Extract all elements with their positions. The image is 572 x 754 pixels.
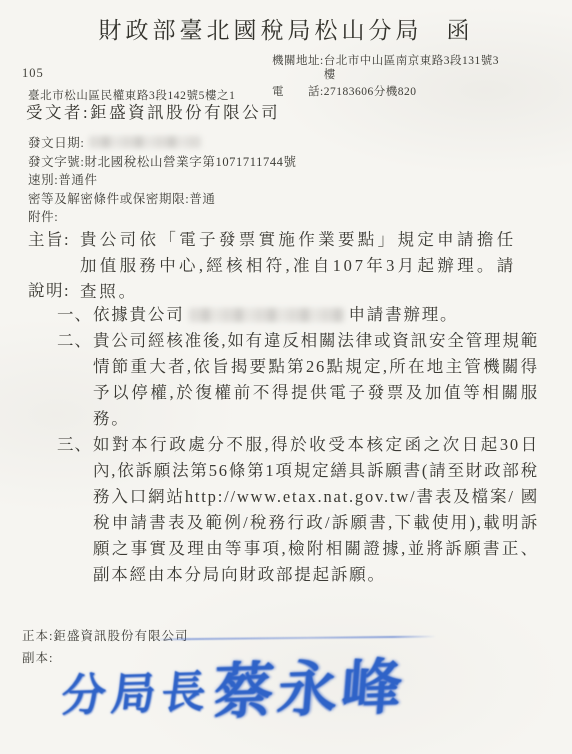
director-title-stamp-text: 分局長 xyxy=(58,656,215,724)
item-2-text: 貴公司經核准後,如有違反相關法律或資訊安全管理規範情節重大者,依旨揭要點第26點… xyxy=(93,328,539,432)
original-copy-value: 鉅盛資訊股份有限公司 xyxy=(53,629,188,643)
doc-number-value: 財北國稅松山營業字第1071711744號 xyxy=(84,155,296,169)
original-copy-line: 正本:鉅盛資訊股份有限公司 xyxy=(22,626,189,644)
director-name-stamp-text: 蔡永峰 xyxy=(211,639,410,731)
item-1-text-post: 申請書辦理。 xyxy=(349,305,459,324)
redacted-issue-date xyxy=(89,136,201,148)
agency-address-row: 機關地址: 台北市中山區南京東路3段131號3樓 xyxy=(272,55,502,82)
meta-row-attachment: 附件: xyxy=(28,208,297,227)
original-copy-label: 正本: xyxy=(22,629,53,643)
agency-contact-block: 機關地址: 台北市中山區南京東路3段131號3樓 電 話: 27183606分機… xyxy=(272,55,502,100)
explanation-item-1: 一、 依據貴公司申請書辦理。 xyxy=(57,302,539,328)
document-type-label: 函 xyxy=(447,18,474,43)
attachment-label: 附件: xyxy=(28,210,58,224)
director-signature-stamp: 分局長蔡永峰 xyxy=(61,639,407,735)
issue-date-label: 發文日期: xyxy=(28,136,84,150)
agency-address-label: 機關地址: xyxy=(272,55,324,82)
duplicate-copy-line: 副本: xyxy=(22,648,53,666)
subject-section: 主旨: 貴公司依「電子發票實施作業要點」規定申請擔任加值服務中心,經核相符,准自… xyxy=(28,227,516,305)
scanned-letter-page: 財政部臺北國稅局松山分局函 機關地址: 台北市中山區南京東路3段131號3樓 電… xyxy=(0,0,572,754)
recipient-line: 受文者:鉅盛資訊股份有限公司 xyxy=(26,99,280,123)
item-2-number: 二、 xyxy=(57,328,93,432)
meta-row-classification: 密等及解密條件或保密期限:普通 xyxy=(28,190,297,209)
priority-label: 速別: xyxy=(28,173,58,187)
explanation-label: 說明: xyxy=(28,278,70,304)
agency-phone-value: 27183606分機820 xyxy=(324,86,417,100)
issuing-agency-name: 財政部臺北國稅局松山分局 xyxy=(99,18,423,43)
redacted-application-info xyxy=(189,308,345,322)
recipient-label: 受文者: xyxy=(26,103,90,122)
meta-row-issue-date: 發文日期: xyxy=(28,134,297,153)
explanation-item-2: 二、 貴公司經核准後,如有違反相關法律或資訊安全管理規範情節重大者,依旨揭要點第… xyxy=(57,328,539,432)
item-1-text-pre: 依據貴公司 xyxy=(93,305,185,324)
classification-label: 密等及解密條件或保密期限: xyxy=(28,192,189,206)
recipient-zip-code: 105 xyxy=(22,66,44,81)
document-title: 財政部臺北國稅局松山分局函 xyxy=(0,12,572,45)
classification-value: 普通 xyxy=(189,192,215,206)
agency-phone-label: 電 話: xyxy=(272,86,324,100)
explanation-item-3: 三、 如對本行政處分不服,得於收受本核定函之次日起30日內,依訴願法第56條第1… xyxy=(57,432,539,588)
item-3-number: 三、 xyxy=(57,432,93,588)
duplicate-copy-label: 副本: xyxy=(22,651,53,665)
agency-phone-row: 電 話: 27183606分機820 xyxy=(272,86,502,100)
subject-text: 貴公司依「電子發票實施作業要點」規定申請擔任加值服務中心,經核相符,准自107年… xyxy=(80,227,516,305)
meta-row-doc-number: 發文字號:財北國稅松山營業字第1071711744號 xyxy=(28,153,297,172)
doc-number-label: 發文字號: xyxy=(28,155,84,169)
meta-row-priority: 速別:普通件 xyxy=(28,171,297,190)
recipient-name: 鉅盛資訊股份有限公司 xyxy=(90,103,280,122)
agency-address-value: 台北市中山區南京東路3段131號3樓 xyxy=(324,55,502,82)
item-3-text: 如對本行政處分不服,得於收受本核定函之次日起30日內,依訴願法第56條第1項規定… xyxy=(93,432,539,588)
priority-value: 普通件 xyxy=(58,173,97,187)
item-1-text: 依據貴公司申請書辦理。 xyxy=(93,302,539,328)
item-1-number: 一、 xyxy=(57,302,93,328)
document-meta-block: 發文日期: 發文字號:財北國稅松山營業字第1071711744號 速別:普通件 … xyxy=(28,134,297,227)
